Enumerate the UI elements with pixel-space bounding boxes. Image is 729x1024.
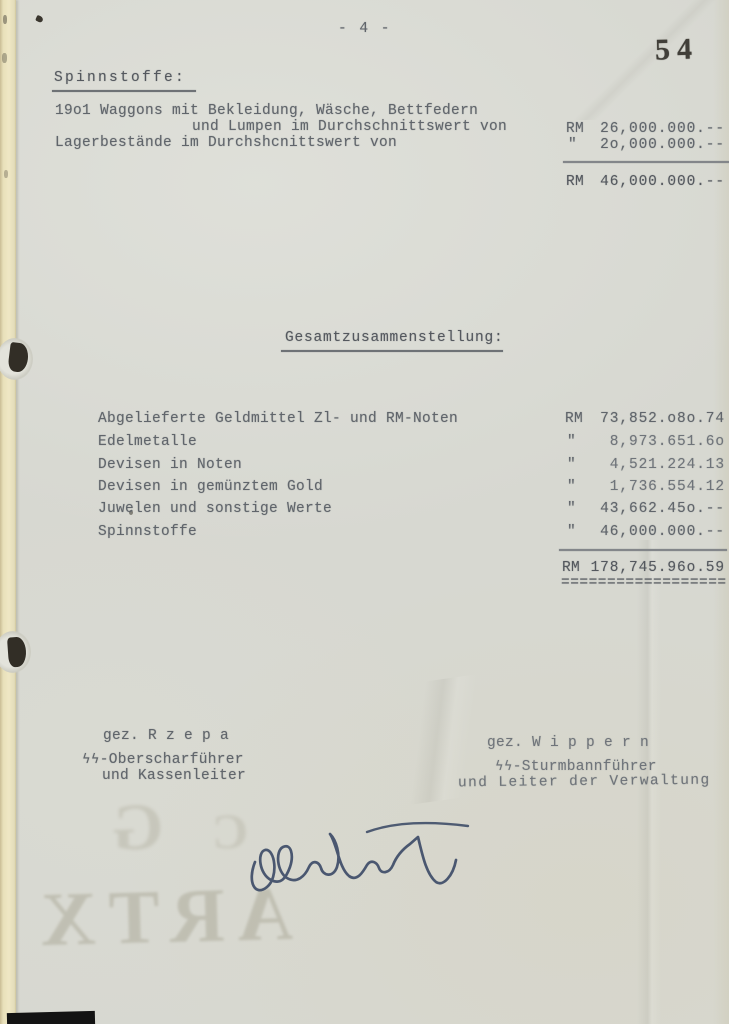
amount-value: 2o,000.000.-- [600, 138, 725, 153]
grand-total-value: 178,745.96o.59 [591, 561, 725, 576]
table-row-value: 1,736.554.12 [610, 480, 725, 495]
table-row-label: Abgelieferte Geldmittel Zl- und RM-Noten [98, 412, 458, 427]
ss-rune-icon: ϟϟ [495, 759, 513, 774]
table-row-currency: RM [565, 412, 583, 427]
table-row-label: Devisen in gemünztem Gold [98, 480, 323, 495]
rank-text: -Oberscharführer [100, 752, 244, 768]
punch-hole-bottom [0, 631, 31, 673]
table-row-label: Devisen in Noten [98, 458, 242, 473]
scanned-document-page: G C ARTX - 4 - 54 Spinnstoffe: 19o1 Wagg… [0, 0, 729, 1024]
page-number: - 4 - [338, 22, 392, 37]
table-row-label: Spinnstoffe [98, 525, 197, 540]
paragraph-line: und Lumpen im Durchschnittswert von [192, 120, 507, 135]
amount-value: 26,000.000.-- [600, 122, 725, 137]
paragraph-line: 19o1 Waggons mit Bekleidung, Wäsche, Bet… [55, 104, 478, 119]
table-row-value: 4,521.224.13 [610, 458, 725, 473]
folio-number: 54 [655, 32, 700, 67]
ink-speck [35, 15, 44, 23]
sum-rule [559, 549, 727, 551]
edge-speck [3, 15, 7, 24]
ss-rune-icon: ϟϟ [82, 752, 100, 767]
heading-underline [281, 350, 503, 352]
signatory-rank-left: ϟϟ-Oberscharführer [82, 752, 244, 768]
grand-total-currency: RM [562, 561, 580, 576]
table-row-currency: " [567, 435, 576, 450]
currency-label: RM [566, 175, 584, 190]
heading-underline [52, 90, 196, 92]
table-row-currency: " [567, 458, 576, 473]
table-row-label: Juwelen und sonstige Werte [98, 502, 332, 517]
currency-label: RM [566, 122, 584, 137]
sum-rule [563, 161, 729, 163]
double-rule: ================== [561, 576, 727, 591]
edge-speck [4, 170, 8, 178]
table-row-value: 46,000.000.-- [600, 525, 725, 540]
table-row-value: 43,662.45o.-- [600, 502, 725, 517]
signatory-role-right: und Leiter der Verwaltung [458, 774, 711, 792]
bleedthrough-letter-g: G [111, 789, 164, 866]
table-row-currency: " [567, 502, 576, 517]
table-row-currency: " [567, 480, 576, 495]
paragraph-line: Lagerbestände im Durchshcnittswert von [55, 136, 397, 151]
table-row-currency: " [567, 525, 576, 540]
table-row-value: 8,973.651.6o [610, 435, 725, 450]
punch-hole-top [0, 338, 33, 380]
scan-corner-mark [7, 1011, 95, 1024]
table-row-value: 73,852.o8o.74 [600, 412, 725, 427]
section-heading-gesamt: Gesamtzusammenstellung: [285, 331, 504, 346]
paper-crease-top-right [555, 0, 729, 120]
total-value: 46,000.000.-- [600, 175, 725, 190]
ditto-mark: " [568, 138, 577, 153]
section-heading-spinnstoffe: Spinnstoffe: [54, 71, 186, 86]
signatory-role-left: und Kassenleiter [102, 769, 246, 784]
signatory-name-right: gez. W i p p e r n [487, 736, 649, 751]
table-row-label: Edelmetalle [98, 435, 197, 450]
edge-speck [2, 53, 7, 63]
signatory-name-left: gez. R z e p a [103, 729, 229, 744]
page-edge-strip [0, 0, 16, 1024]
handwritten-signature [225, 810, 515, 910]
